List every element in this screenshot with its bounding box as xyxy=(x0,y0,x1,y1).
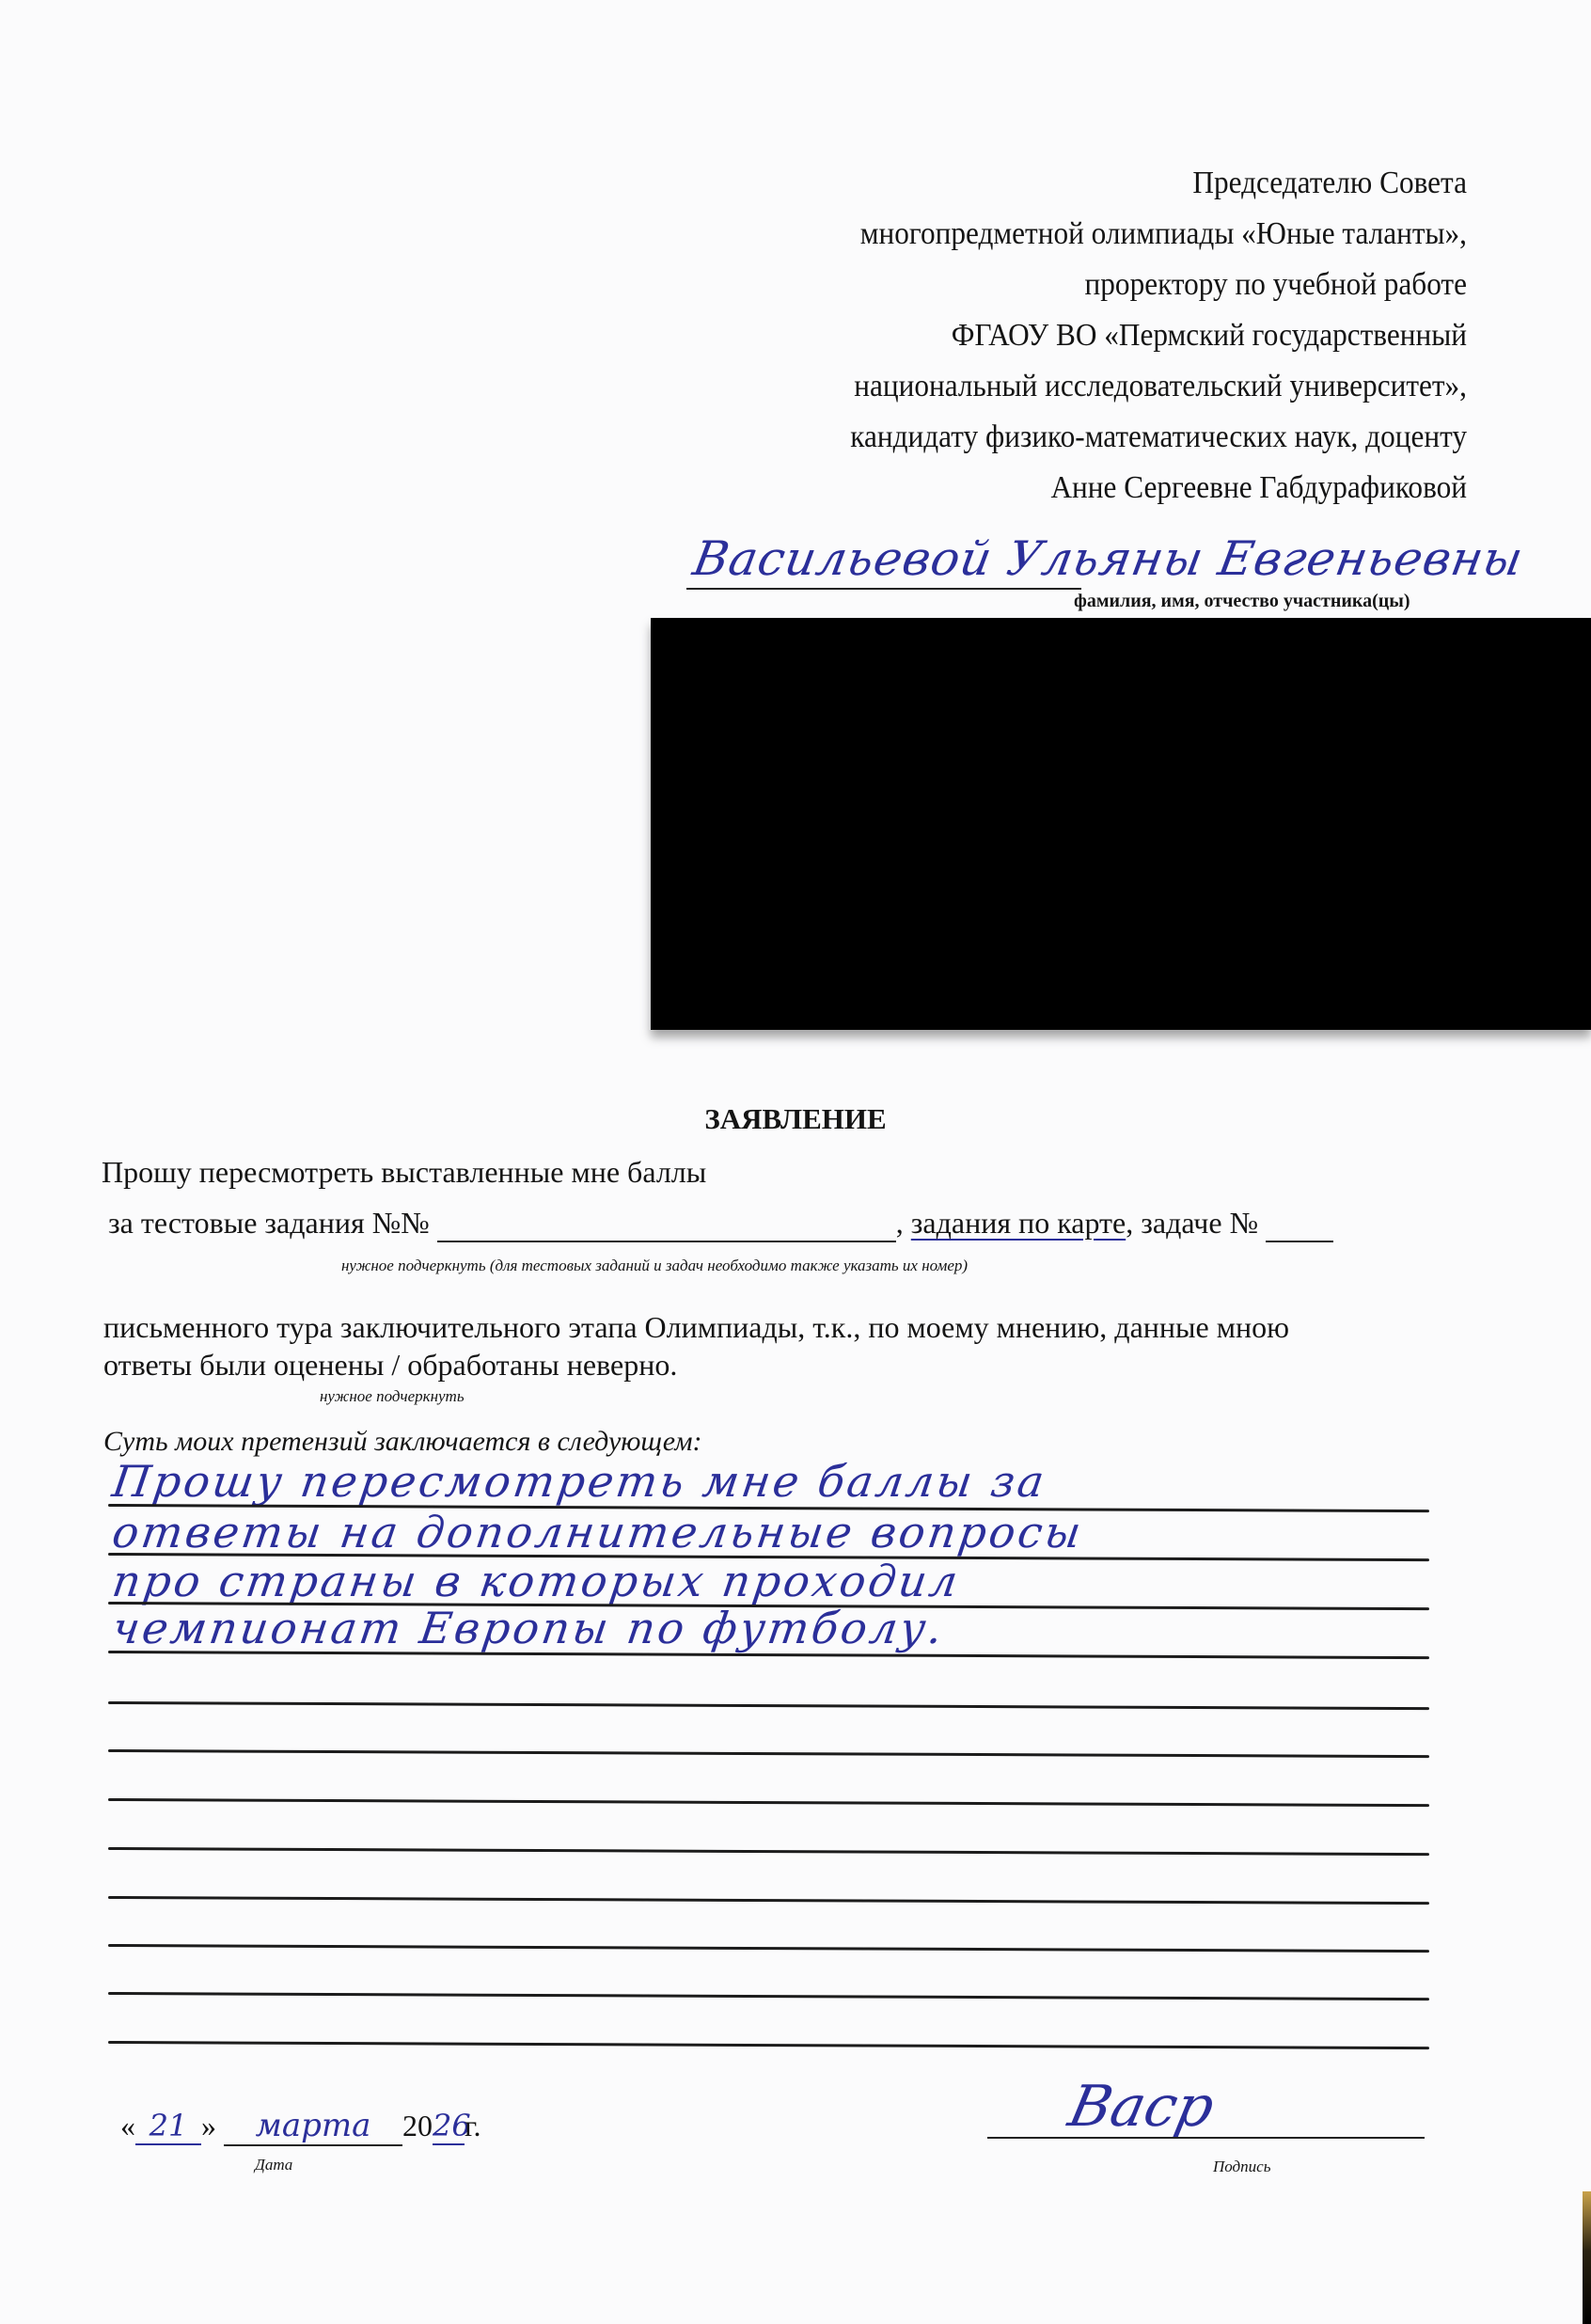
ruled-line xyxy=(108,1896,1429,1905)
statement-title: ЗАЯВЛЕНИЕ xyxy=(0,1102,1591,1136)
statement-line-3: письменного тура заключительного этапа О… xyxy=(103,1310,1289,1345)
applicant-name-handwritten: Васильевой Ульяны Евгеньевны xyxy=(689,531,1528,586)
comma: , xyxy=(896,1206,904,1240)
redaction-box xyxy=(651,618,1591,1030)
hint-underline-needed-2: нужное подчеркнуть xyxy=(320,1387,465,1406)
claim-text-line: Прошу пересмотреть мне баллы за xyxy=(109,1456,1049,1507)
signature-line[interactable] xyxy=(987,2137,1425,2139)
applicant-name-underline xyxy=(686,588,1081,590)
addressee-block: Председателю Совета многопредметной олим… xyxy=(602,158,1467,514)
pen-edge-decoration xyxy=(1583,2191,1591,2324)
addressee-line: Председателю Совета xyxy=(602,158,1467,209)
problems-label: , задаче № xyxy=(1126,1206,1258,1240)
claim-text-line: ответы на дополнительные вопросы xyxy=(109,1507,1087,1557)
applicant-name-caption: фамилия, имя, отчество участника(цы) xyxy=(1074,591,1410,612)
ruled-line xyxy=(108,1992,1429,2000)
ruled-line xyxy=(108,1749,1429,1758)
signature-caption: Подпись xyxy=(1213,2158,1270,2176)
date-year-suffix[interactable]: 26 xyxy=(433,2108,465,2145)
quote-close: » xyxy=(201,2109,216,2142)
ruled-line xyxy=(108,2041,1429,2049)
date-month[interactable]: марта xyxy=(224,2107,402,2146)
ruled-line xyxy=(108,1798,1429,1807)
date-day[interactable]: 21 xyxy=(135,2108,201,2145)
date-field: «21» марта2026г. xyxy=(120,2107,481,2146)
claim-text-line: про страны в которых проходил xyxy=(109,1556,963,1606)
addressee-line: кандидату физико-математических наук, до… xyxy=(602,412,1467,463)
ruled-line xyxy=(108,1944,1429,1952)
addressee-line: проректору по учебной работе xyxy=(602,260,1467,310)
option-map-tasks[interactable]: задания по карте xyxy=(911,1206,1126,1240)
statement-line-1: Прошу пересмотреть выставленные мне балл… xyxy=(102,1155,706,1190)
year-prefix: 20 xyxy=(402,2109,433,2142)
year-unit: г. xyxy=(465,2109,481,2142)
quote-open: « xyxy=(120,2109,135,2142)
problem-number-field[interactable] xyxy=(1266,1206,1333,1242)
addressee-line: многопредметной олимпиады «Юные таланты»… xyxy=(602,209,1467,260)
tests-label: за тестовые задания №№ xyxy=(108,1206,430,1240)
hint-underline-needed: нужное подчеркнуть (для тестовых заданий… xyxy=(341,1257,968,1275)
date-caption: Дата xyxy=(255,2156,292,2174)
ruled-line xyxy=(108,1701,1429,1710)
claim-text-line: чемпионат Европы по футболу. xyxy=(109,1603,948,1653)
test-numbers-field[interactable] xyxy=(437,1206,896,1242)
signature: Васр xyxy=(1063,2074,1221,2140)
addressee-line: национальный исследовательский университ… xyxy=(602,361,1467,412)
statement-line-2: за тестовые задания №№ , задания по карт… xyxy=(108,1206,1333,1242)
ruled-line xyxy=(108,1847,1429,1856)
addressee-line: ФГАОУ ВО «Пермский государственный xyxy=(602,310,1467,361)
claim-label: Суть моих претензий заключается в следую… xyxy=(103,1426,702,1458)
addressee-line: Анне Сергеевне Габдурафиковой xyxy=(602,463,1467,514)
statement-line-4: ответы были оценены / обработаны неверно… xyxy=(103,1348,677,1383)
